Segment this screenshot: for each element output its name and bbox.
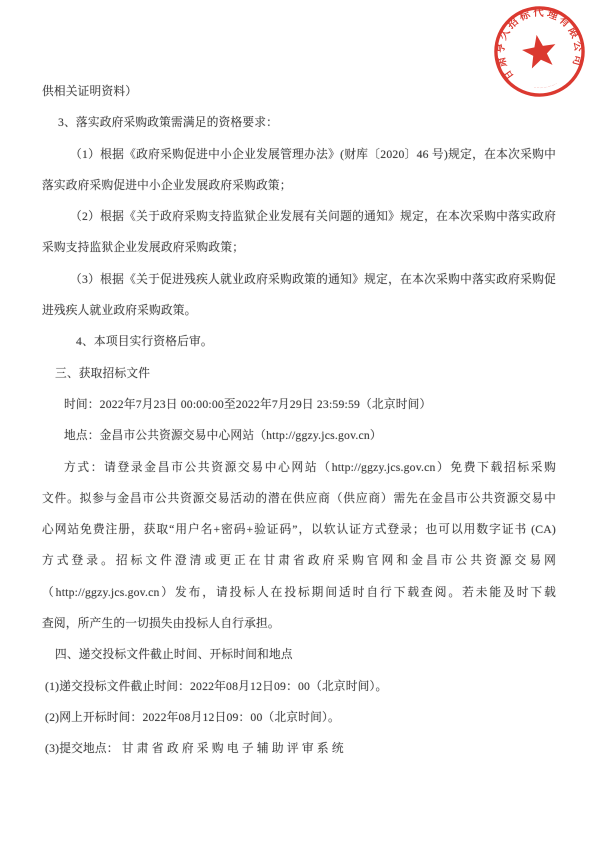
text-line: （2）根据《关于政府采购支持监狱企业发展有关问题的通知》规定，在本次采购中落实政… <box>42 201 556 232</box>
text-line: 方式：请登录金昌市公共资源交易中心网站（http://ggzy.jcs.gov.… <box>42 452 556 483</box>
stamp-star-icon <box>520 32 559 70</box>
text-line: (3)提交地点： 甘 肃 省 政 府 采 购 电 子 辅 助 评 审 系 统 <box>42 733 556 764</box>
text-line: 落实政府采购促进中小企业发展政府采购政策； <box>42 170 556 201</box>
text-line: （1）根据《政府采购促进中小企业发展管理办法》(财库〔2020〕46 号)规定，… <box>42 139 556 170</box>
text-line: 3、落实政府采购政策需满足的资格要求： <box>42 107 556 138</box>
text-line: 三、获取招标文件 <box>42 358 556 389</box>
svg-text:甘肃亨久招标代理有限公司: 甘肃亨久招标代理有限公司 <box>489 2 589 84</box>
text-line: 方式登录。招标文件澄清或更正在甘肃省政府采购官网和金昌市公共资源交易网 <box>42 545 556 576</box>
text-line: 进残疾人就业政府采购政策。 <box>42 295 556 326</box>
text-line: 供相关证明资料） <box>42 76 556 107</box>
text-line: 文件。拟参与金昌市公共资源交易活动的潜在供应商（供应商）需先在金昌市公共资源交易… <box>42 483 556 514</box>
text-line: 地点：金昌市公共资源交易中心网站（http://ggzy.jcs.gov.cn） <box>42 420 556 451</box>
document-body: 供相关证明资料）3、落实政府采购政策需满足的资格要求：（1）根据《政府采购促进中… <box>42 76 556 765</box>
text-line: 四、递交投标文件截止时间、开标时间和地点 <box>42 639 556 670</box>
text-line: （http://ggzy.jcs.gov.cn）发布，请投标人在投标期间适时自行… <box>42 577 556 608</box>
text-line: 心网站免费注册，获取“用户名+密码+验证码”，以软认证方式登录；也可以用数字证书… <box>42 514 556 545</box>
text-line: (2)网上开标时间：2022年08月12日09：00（北京时间）。 <box>42 702 556 733</box>
text-line: 4、本项目实行资格后审。 <box>42 326 556 357</box>
stamp-company-name: 甘肃亨久招标代理有限公司 <box>489 2 589 84</box>
text-line: 查阅，所产生的一切损失由投标人自行承担。 <box>42 608 556 639</box>
text-line: （3）根据《关于促进残疾人就业政府采购政策的通知》规定，在本次采购中落实政府采购… <box>42 264 556 295</box>
text-line: 采购支持监狱企业发展政府采购政策； <box>42 232 556 263</box>
document-page: 供相关证明资料）3、落实政府采购政策需满足的资格要求：（1）根据《政府采购促进中… <box>0 0 595 841</box>
text-line: 时间：2022年7月23日 00:00:00至2022年7月29日 23:59:… <box>42 389 556 420</box>
text-line: (1)递交投标文件截止时间：2022年08月12日09：00（北京时间）。 <box>42 671 556 702</box>
